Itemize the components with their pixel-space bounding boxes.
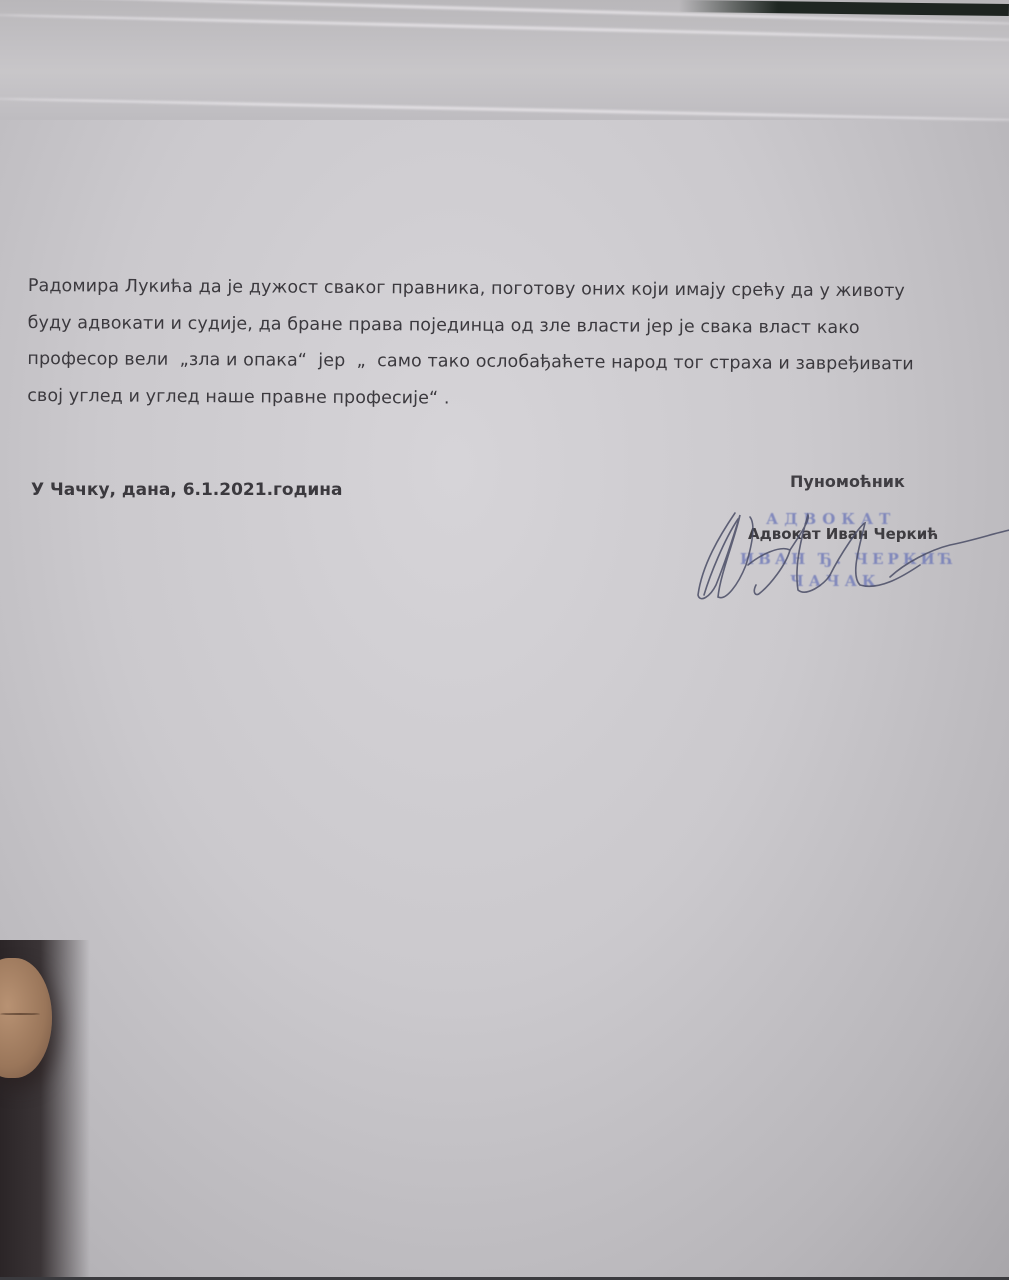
folded-top-sheet <box>0 0 1009 120</box>
document-body-text: Радомира Лукића да је дужост сваког прав… <box>27 268 988 420</box>
paper-fold <box>0 97 1009 122</box>
body-line: професор вели „зла и опака“ јер „ само т… <box>27 341 987 383</box>
body-line: буду адвокати и судије, да бране права п… <box>28 304 988 346</box>
thumb-crease <box>0 1013 40 1015</box>
place-and-date: У Чачку, дана, 6.1.2021.година <box>31 480 342 500</box>
handwritten-signature-icon <box>690 505 1009 605</box>
signatory-title: Пуномоћник <box>790 472 905 491</box>
body-line: свој углед и углед наше правне професије… <box>27 377 987 419</box>
body-line: Радомира Лукића да је дужост сваког прав… <box>28 268 988 310</box>
